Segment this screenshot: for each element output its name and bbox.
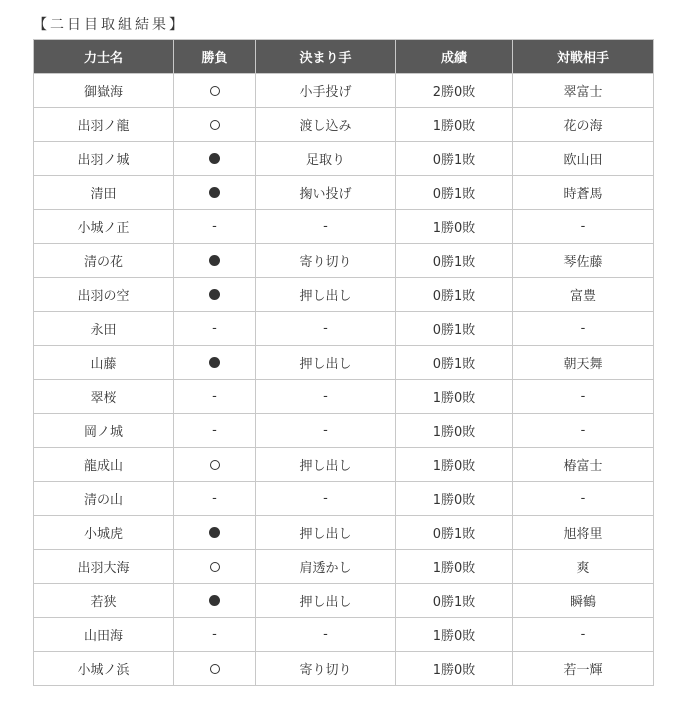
wrestler-name: 出羽ノ城 — [34, 142, 174, 176]
results-table: 力士名 勝負 決まり手 成績 対戦相手 御嶽海小手投げ2勝0敗翠富士出羽ノ龍渡し… — [33, 39, 654, 686]
record: 0勝1敗 — [396, 244, 513, 278]
opponent: 瞬鶴 — [513, 584, 654, 618]
table-row: 小城ノ浜寄り切り1勝0敗若一輝 — [34, 652, 654, 686]
table-row: 龍成山押し出し1勝0敗椿富士 — [34, 448, 654, 482]
column-header-wrestler: 力士名 — [34, 40, 174, 74]
kimarite: - — [256, 312, 396, 346]
table-row: 清の花寄り切り0勝1敗琴佐藤 — [34, 244, 654, 278]
section-title: 【二日目取組結果】 — [33, 15, 186, 35]
kimarite: 押し出し — [256, 278, 396, 312]
column-header-result: 勝負 — [174, 40, 256, 74]
result-cell — [174, 108, 256, 142]
kimarite: 押し出し — [256, 516, 396, 550]
loss-dot-icon — [209, 187, 220, 198]
opponent: 旭将里 — [513, 516, 654, 550]
table-row: 御嶽海小手投げ2勝0敗翠富士 — [34, 74, 654, 108]
loss-dot-icon — [209, 527, 220, 538]
win-circle-icon — [210, 460, 220, 470]
result-cell — [174, 244, 256, 278]
wrestler-name: 山田海 — [34, 618, 174, 652]
kimarite: 小手投げ — [256, 74, 396, 108]
kimarite: - — [256, 380, 396, 414]
table-row: 清田掬い投げ0勝1敗時蒼馬 — [34, 176, 654, 210]
kimarite: 足取り — [256, 142, 396, 176]
win-circle-icon — [210, 86, 220, 96]
kimarite: 押し出し — [256, 584, 396, 618]
record: 2勝0敗 — [396, 74, 513, 108]
result-cell: - — [174, 618, 256, 652]
win-circle-icon — [210, 664, 220, 674]
table-row: 出羽ノ龍渡し込み1勝0敗花の海 — [34, 108, 654, 142]
wrestler-name: 小城ノ浜 — [34, 652, 174, 686]
record: 1勝0敗 — [396, 448, 513, 482]
opponent: 花の海 — [513, 108, 654, 142]
result-cell: - — [174, 312, 256, 346]
wrestler-name: 岡ノ城 — [34, 414, 174, 448]
record: 1勝0敗 — [396, 414, 513, 448]
header-row: 力士名 勝負 決まり手 成績 対戦相手 — [34, 40, 654, 74]
opponent: 富豊 — [513, 278, 654, 312]
record: 1勝0敗 — [396, 380, 513, 414]
kimarite: 押し出し — [256, 346, 396, 380]
record: 0勝1敗 — [396, 312, 513, 346]
kimarite: - — [256, 482, 396, 516]
table-row: 小城虎押し出し0勝1敗旭将里 — [34, 516, 654, 550]
kimarite: 肩透かし — [256, 550, 396, 584]
table-row: 山田海--1勝0敗- — [34, 618, 654, 652]
kimarite: 寄り切り — [256, 652, 396, 686]
kimarite: 寄り切り — [256, 244, 396, 278]
record: 1勝0敗 — [396, 550, 513, 584]
wrestler-name: 若狭 — [34, 584, 174, 618]
opponent: - — [513, 210, 654, 244]
record: 1勝0敗 — [396, 210, 513, 244]
record: 0勝1敗 — [396, 346, 513, 380]
opponent: 爽 — [513, 550, 654, 584]
result-cell — [174, 448, 256, 482]
win-circle-icon — [210, 120, 220, 130]
opponent: 時蒼馬 — [513, 176, 654, 210]
opponent: 椿富士 — [513, 448, 654, 482]
kimarite: - — [256, 414, 396, 448]
wrestler-name: 山藤 — [34, 346, 174, 380]
record: 0勝1敗 — [396, 142, 513, 176]
table-row: 小城ノ正--1勝0敗- — [34, 210, 654, 244]
table-row: 出羽ノ城足取り0勝1敗欧山田 — [34, 142, 654, 176]
result-cell: - — [174, 380, 256, 414]
opponent: - — [513, 414, 654, 448]
table-row: 山藤押し出し0勝1敗朝天舞 — [34, 346, 654, 380]
result-cell: - — [174, 482, 256, 516]
record: 0勝1敗 — [396, 176, 513, 210]
table-row: 出羽の空押し出し0勝1敗富豊 — [34, 278, 654, 312]
wrestler-name: 小城ノ正 — [34, 210, 174, 244]
table-row: 岡ノ城--1勝0敗- — [34, 414, 654, 448]
record: 1勝0敗 — [396, 108, 513, 142]
wrestler-name: 永田 — [34, 312, 174, 346]
loss-dot-icon — [209, 153, 220, 164]
record: 0勝1敗 — [396, 584, 513, 618]
result-cell: - — [174, 210, 256, 244]
opponent: - — [513, 380, 654, 414]
wrestler-name: 御嶽海 — [34, 74, 174, 108]
table-row: 若狭押し出し0勝1敗瞬鶴 — [34, 584, 654, 618]
column-header-record: 成績 — [396, 40, 513, 74]
kimarite: - — [256, 210, 396, 244]
opponent: 欧山田 — [513, 142, 654, 176]
wrestler-name: 清の山 — [34, 482, 174, 516]
result-cell — [174, 516, 256, 550]
wrestler-name: 出羽大海 — [34, 550, 174, 584]
result-cell — [174, 584, 256, 618]
loss-dot-icon — [209, 289, 220, 300]
loss-dot-icon — [209, 595, 220, 606]
opponent: - — [513, 482, 654, 516]
result-cell — [174, 74, 256, 108]
column-header-opponent: 対戦相手 — [513, 40, 654, 74]
wrestler-name: 翠桜 — [34, 380, 174, 414]
loss-dot-icon — [209, 357, 220, 368]
wrestler-name: 小城虎 — [34, 516, 174, 550]
record: 1勝0敗 — [396, 618, 513, 652]
opponent: 若一輝 — [513, 652, 654, 686]
table-row: 清の山--1勝0敗- — [34, 482, 654, 516]
table-row: 出羽大海肩透かし1勝0敗爽 — [34, 550, 654, 584]
wrestler-name: 出羽ノ龍 — [34, 108, 174, 142]
result-cell — [174, 346, 256, 380]
record: 1勝0敗 — [396, 482, 513, 516]
table-row: 永田--0勝1敗- — [34, 312, 654, 346]
opponent: - — [513, 618, 654, 652]
opponent: 琴佐藤 — [513, 244, 654, 278]
kimarite: 渡し込み — [256, 108, 396, 142]
kimarite: 掬い投げ — [256, 176, 396, 210]
result-cell — [174, 550, 256, 584]
wrestler-name: 清田 — [34, 176, 174, 210]
kimarite: - — [256, 618, 396, 652]
loss-dot-icon — [209, 255, 220, 266]
result-cell: - — [174, 414, 256, 448]
win-circle-icon — [210, 562, 220, 572]
record: 1勝0敗 — [396, 652, 513, 686]
wrestler-name: 清の花 — [34, 244, 174, 278]
wrestler-name: 出羽の空 — [34, 278, 174, 312]
column-header-kimarite: 決まり手 — [256, 40, 396, 74]
result-cell — [174, 652, 256, 686]
kimarite: 押し出し — [256, 448, 396, 482]
record: 0勝1敗 — [396, 278, 513, 312]
table-row: 翠桜--1勝0敗- — [34, 380, 654, 414]
result-cell — [174, 278, 256, 312]
result-cell — [174, 142, 256, 176]
opponent: 翠富士 — [513, 74, 654, 108]
result-cell — [174, 176, 256, 210]
opponent: 朝天舞 — [513, 346, 654, 380]
opponent: - — [513, 312, 654, 346]
wrestler-name: 龍成山 — [34, 448, 174, 482]
record: 0勝1敗 — [396, 516, 513, 550]
